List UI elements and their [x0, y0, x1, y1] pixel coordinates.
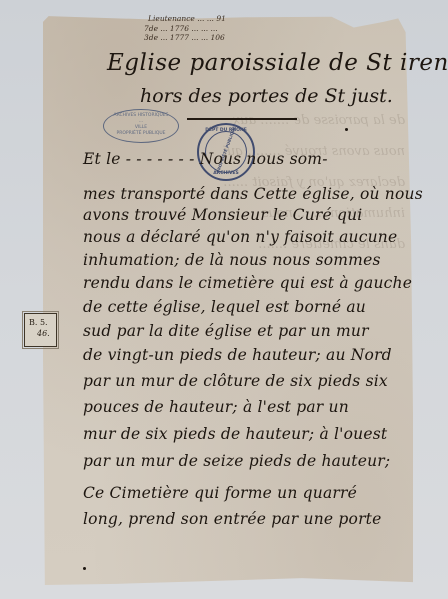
- body-line-5: inhumation; de là nous nous sommes: [83, 251, 381, 269]
- oval-stamp-line4: PROPRIÉTÉ PUBLIQUE: [104, 131, 178, 137]
- body-line-14: Ce Cimetière qui forme un quarré: [83, 484, 357, 502]
- header-note-2: 7de ... 1776 ... ... ...: [144, 24, 218, 33]
- title-underline: [187, 118, 297, 120]
- body-line-4: nous a déclaré qu'on n'y faisoit aucune: [83, 228, 397, 246]
- body-line-13: par un mur de seize pieds de hauteur;: [83, 452, 390, 470]
- body-line-9: de vingt-un pieds de hauteur; au Nord: [83, 346, 392, 364]
- document-title-line2: hors des portes de St just.: [140, 85, 393, 107]
- body-line-10: par un mur de clôture de six pieds six: [83, 372, 388, 390]
- header-note-1: Lieutenance ... ... 91: [148, 14, 226, 23]
- round-stamp-bottom-text: ARCHIVES: [199, 171, 253, 176]
- round-stamp-top-text: DÉPT DU RHÔNE: [199, 128, 253, 133]
- archive-reference-label: B. 5. 46.: [24, 313, 57, 347]
- body-line-2: mes transporté dans Cette église, où nou…: [83, 185, 423, 203]
- archives-oval-stamp: ARCHIVES HISTORIQUES ... VILLE PROPRIÉTÉ…: [103, 109, 179, 143]
- body-line-1: Et le - - - - - - - Nous nous som-: [83, 150, 328, 168]
- document-title-line1: Eglise paroissiale de St irené: [107, 50, 448, 76]
- archive-label-line1: B. 5.: [29, 317, 56, 328]
- ink-spot: [345, 128, 348, 131]
- body-line-3: avons trouvé Monsieur le Curé qui: [83, 206, 362, 224]
- body-line-11: pouces de hauteur; à l'est par un: [83, 398, 349, 416]
- body-line-8: sud par la dite église et par un mur: [83, 322, 369, 340]
- header-note-3: 3de ... 1777 ... ... 106: [144, 33, 225, 42]
- archive-label-line2: 46.: [29, 328, 56, 339]
- body-line-7: de cette église, lequel est borné au: [83, 298, 366, 316]
- body-line-12: mur de six pieds de hauteur; à l'ouest: [83, 425, 387, 443]
- body-line-6: rendu dans le cimetière qui est à gauche: [83, 274, 412, 292]
- ink-spot: [83, 567, 86, 570]
- body-line-15: long, prend son entrée par une porte: [83, 510, 381, 528]
